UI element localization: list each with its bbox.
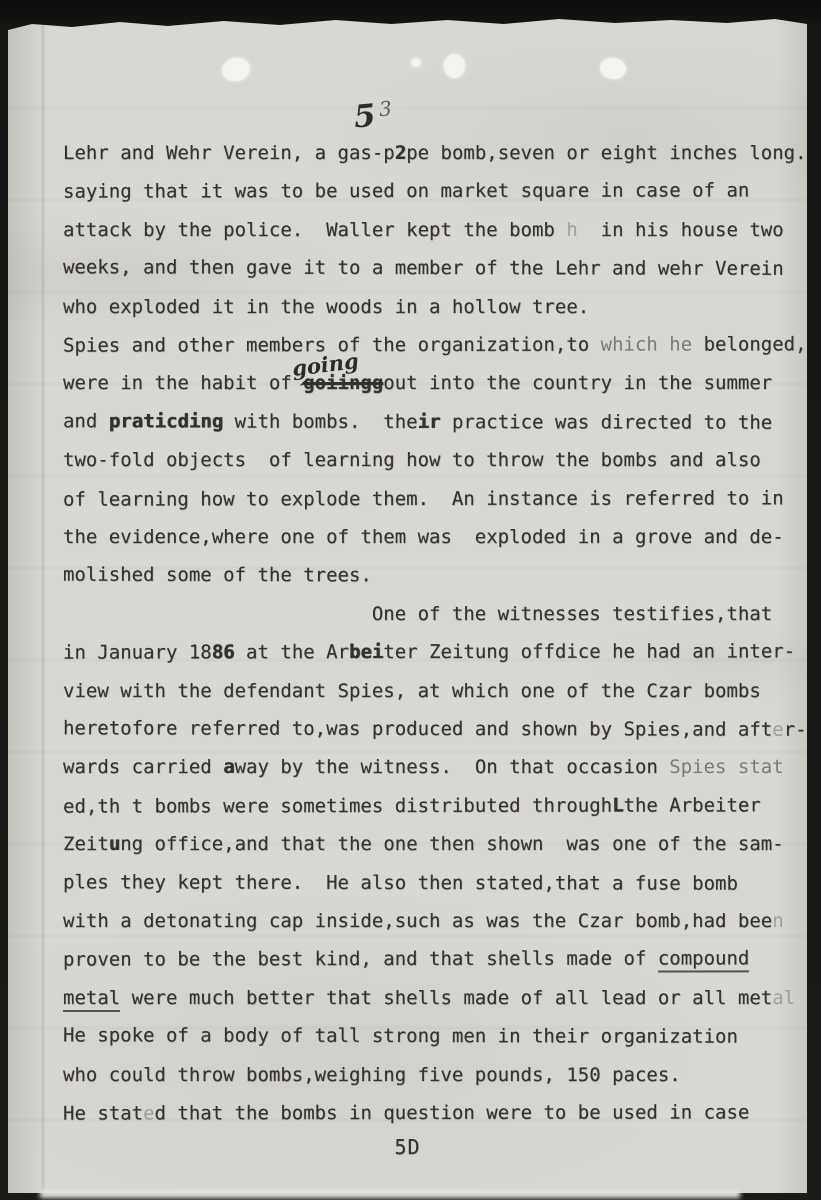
text-line: Spies and other members of the organizat… — [63, 334, 807, 355]
text-line: One of the witnesses testifies,that — [63, 604, 772, 624]
document-page: 53 Lehr and Wehr Verein, a gas-p2pe bomb… — [8, 18, 807, 1193]
footer-page-label: 5D — [8, 1135, 807, 1159]
text-line: wards carried away by the witness. On th… — [63, 757, 784, 777]
text-segment: ed,th t bombs were sometimes distributed… — [63, 794, 612, 817]
text-segment: who could throw bombs,weighing five poun… — [63, 1064, 681, 1086]
text-segment: in his house two — [578, 219, 784, 241]
text-segment: ples they kept there. He also then state… — [63, 871, 738, 894]
text-line: ed,th t bombs were sometimes distributed… — [63, 795, 761, 816]
text-segment: n — [772, 910, 783, 932]
text-line: He stated that the bombs in question wer… — [63, 1102, 749, 1123]
text-segment: u — [109, 833, 120, 855]
text-segment: wards carried — [63, 756, 223, 778]
text-segment: of learning how to explode them. An inst… — [63, 487, 784, 510]
text-segment: view with the defendant Spies, at which … — [63, 680, 761, 702]
text-segment: Lehr and Wehr Verein, a gas-p — [63, 142, 395, 164]
text-line: metal were much better that shells made … — [63, 988, 795, 1008]
text-segment: He spoke of a body of tall strong men in… — [63, 1024, 738, 1047]
text-segment: h — [566, 219, 577, 241]
text-segment: ter Zeitung offdice he had an inter- — [383, 641, 795, 664]
text-line: who exploded it in the woods in a hollow… — [63, 297, 589, 317]
text-line: proven to be the best kind, and that she… — [63, 949, 749, 970]
text-segment: Spies stat — [669, 756, 783, 778]
text-segment: belonged, — [692, 333, 806, 355]
text-segment: out into the country in the summer — [383, 372, 772, 394]
text-segment: 86 — [212, 642, 235, 664]
text-line: Zeitung office,and that the one then sho… — [63, 834, 784, 854]
text-segment: attack by the police. Waller kept the bo… — [63, 219, 566, 241]
text-segment: a — [223, 756, 234, 778]
text-segment: r- — [784, 719, 807, 741]
text-segment: ir — [418, 411, 441, 433]
text-line: weeks, and then gave it to a member of t… — [63, 257, 784, 279]
text-segment: He stat — [63, 1102, 143, 1124]
text-line: attack by the police. Waller kept the bo… — [63, 220, 784, 240]
text-segment: with bombs. the — [223, 410, 418, 432]
text-segment: compound — [658, 948, 750, 973]
text-segment: Zeit — [63, 833, 109, 855]
text-segment: 2 — [395, 142, 406, 164]
text-line: heretofore referred to,was produced and … — [63, 718, 807, 740]
text-segment: which he — [601, 334, 693, 356]
text-line: in January 1886 at the Arbeiter Zeitung … — [63, 642, 795, 663]
text-line: view with the defendant Spies, at which … — [63, 681, 761, 701]
text-line: molished some of the trees. — [63, 565, 372, 586]
text-segment: metal — [63, 987, 120, 1012]
typewritten-text: Lehr and Wehr Verein, a gas-p2pe bomb,se… — [8, 18, 807, 1193]
text-segment: proven to be the best kind, and that she… — [63, 948, 658, 971]
text-segment: L — [612, 794, 623, 816]
text-line: saying that it was to be used on market … — [63, 181, 749, 202]
text-segment: two-fold objects of learning how to thro… — [63, 449, 761, 471]
text-line: of learning how to explode them. An inst… — [63, 488, 784, 509]
text-segment: saying that it was to be used on market … — [63, 180, 749, 203]
text-segment: who exploded it in the woods in a hollow… — [63, 296, 589, 318]
text-segment: were in the habit of — [63, 372, 303, 394]
text-segment: heretofore referred to,was produced and … — [63, 717, 772, 740]
text-line: with a detonating cap inside,such as was… — [63, 911, 784, 931]
text-segment: in January 18 — [63, 642, 212, 664]
text-segment: praticding — [109, 410, 223, 432]
text-line: Lehr and Wehr Verein, a gas-p2pe bomb,se… — [63, 143, 807, 163]
text-segment: and — [63, 410, 109, 432]
text-segment: molished some of the trees. — [63, 564, 372, 587]
text-line: the evidence,where one of them was explo… — [63, 527, 784, 547]
text-segment: with a detonating cap inside,such as was… — [63, 910, 772, 932]
text-line: were in the habit of goiinggout into the… — [63, 373, 772, 393]
text-segment: e — [772, 719, 783, 741]
text-segment: at the Ar — [235, 641, 349, 663]
text-segment: pe bomb,seven or eight inches long. — [406, 142, 806, 164]
text-segment: the Arbeiter — [624, 794, 761, 816]
text-segment: way by the witness. On that occasion — [235, 756, 670, 778]
text-segment: ng office,and that the one then shown wa… — [120, 833, 783, 855]
caret-mark: ^ — [298, 378, 312, 398]
text-line: ples they kept there. He also then state… — [63, 872, 738, 893]
text-segment: weeks, and then gave it to a member of t… — [63, 256, 784, 280]
text-line: and praticding with bombs. their practic… — [63, 411, 772, 432]
text-segment: the evidence,where one of them was explo… — [63, 526, 784, 548]
text-line: who could throw bombs,weighing five poun… — [63, 1065, 681, 1085]
text-segment: practice was directed to the — [440, 411, 772, 434]
text-segment: d that the bombs in question were to be … — [155, 1101, 750, 1124]
text-segment: One of the witnesses testifies,that — [63, 603, 772, 625]
text-segment: al — [772, 987, 795, 1009]
text-segment: bei — [349, 641, 383, 663]
paper-bottom-edge — [40, 1190, 740, 1198]
text-line: two-fold objects of learning how to thro… — [63, 450, 761, 470]
text-line: He spoke of a body of tall strong men in… — [63, 1025, 738, 1046]
text-segment: e — [143, 1102, 154, 1124]
text-segment: were much better that shells made of all… — [120, 987, 772, 1009]
